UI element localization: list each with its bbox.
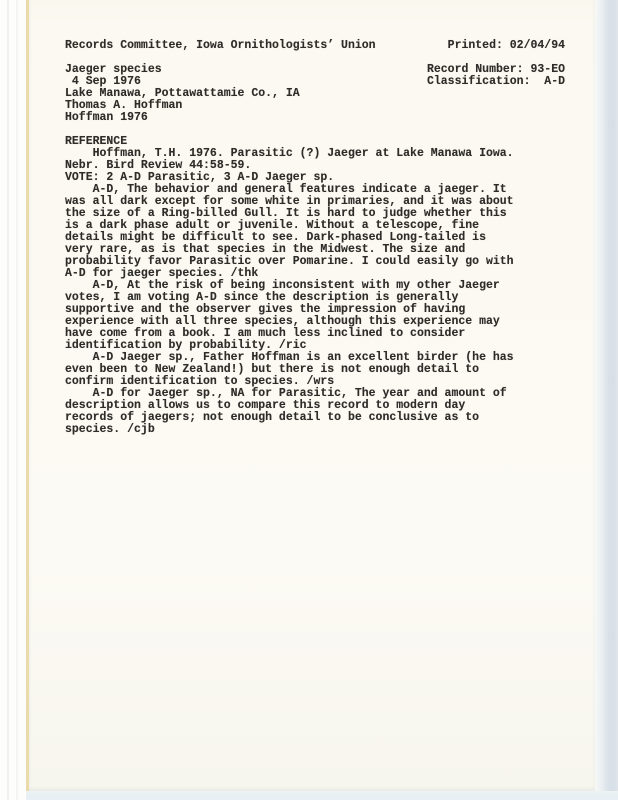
- printed-date: Printed: 02/04/94: [448, 40, 565, 52]
- committee-title: Records Committee, Iowa Ornithologists’ …: [65, 40, 376, 52]
- header-title-row: Records Committee, Iowa Ornithologists’ …: [65, 40, 565, 52]
- vote-comment-line: species. /cjb: [65, 424, 565, 436]
- typewritten-text: Records Committee, Iowa Ornithologists’ …: [65, 40, 565, 436]
- scanner-bed-bottom: [26, 791, 618, 800]
- classification: Classification: A-D: [427, 76, 565, 88]
- blank-line: [65, 124, 565, 136]
- scanner-bed-crease: [16, 0, 18, 800]
- scanner-bed-right: [595, 0, 618, 800]
- scanner-bed-crease: [7, 0, 9, 800]
- scanned-document: Records Committee, Iowa Ornithologists’ …: [0, 0, 618, 800]
- citation-short: Hoffman 1976: [65, 112, 565, 124]
- document-page: Records Committee, Iowa Ornithologists’ …: [29, 0, 595, 791]
